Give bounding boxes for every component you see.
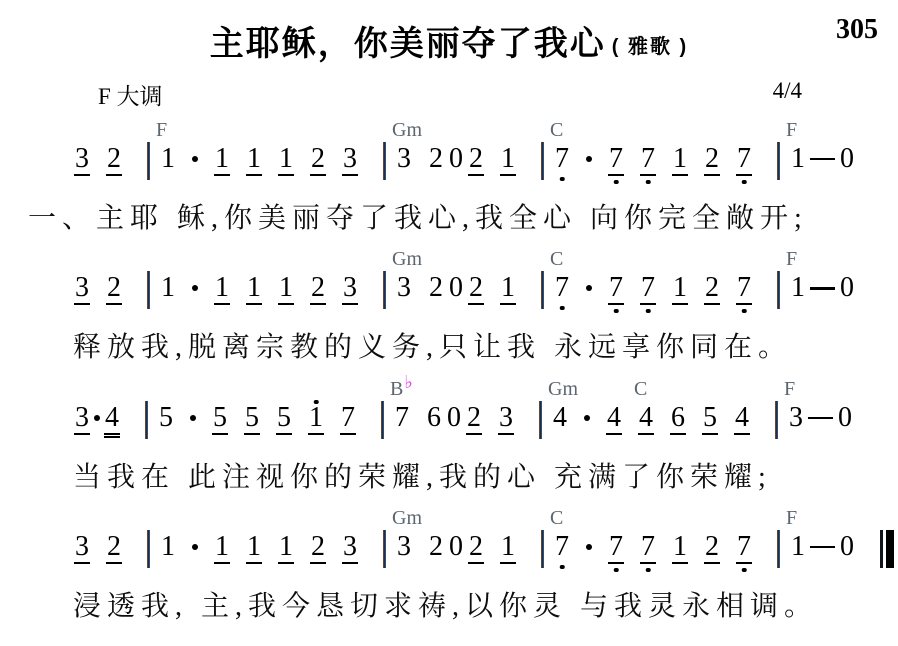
barline [147, 530, 150, 568]
note-digit: 2 [106, 532, 122, 564]
dash-note [810, 273, 835, 303]
dot-glyph [192, 544, 198, 550]
note-digit: 7 [640, 273, 656, 305]
hymn-sheet-page: 主耶稣，你美丽夺了我心( 雅歌 ) 305 F 大调 4/4 32F111123… [0, 0, 898, 646]
dot-glyph [584, 415, 590, 421]
note: 6 [670, 403, 686, 433]
note-digit: 1 [160, 273, 176, 303]
barline [145, 401, 148, 439]
barline [777, 142, 780, 180]
note: 5 [276, 403, 292, 433]
key-signature: F 大调 [98, 84, 163, 109]
note-digit: 2 [468, 532, 484, 564]
note-digit: 2 [310, 273, 326, 305]
chord-label: Gm [392, 120, 422, 140]
note: 2 [106, 532, 122, 562]
low-octave-dot [560, 306, 565, 311]
barline [539, 401, 542, 439]
barline [541, 271, 544, 309]
note: 1 [214, 532, 230, 562]
rest-note: 0 [446, 403, 462, 433]
rest-note: 0 [837, 403, 853, 433]
rest-note: 0 [448, 532, 464, 562]
note: C4 [638, 403, 654, 433]
note-digit: 3 [74, 532, 90, 564]
note: 2 [106, 273, 122, 303]
barline [383, 530, 386, 568]
note-digit: 2 [428, 273, 444, 303]
note-digit: 0 [839, 144, 855, 174]
note-digit: 1 [672, 144, 688, 176]
note-digit: 7 [608, 532, 624, 564]
note: F3 [788, 403, 804, 433]
note-digit: 2 [468, 273, 484, 305]
note-digit: 4 [638, 403, 654, 435]
note: 7 [736, 273, 752, 303]
note-digit: 3 [74, 403, 90, 435]
note: 2 [428, 273, 444, 303]
note-digit: 5 [212, 403, 228, 435]
barline [147, 142, 150, 180]
low-octave-dot [742, 568, 747, 573]
note: 4 [606, 403, 622, 433]
barline [777, 530, 780, 568]
note: Gm3 [396, 273, 412, 303]
note-digit: 7 [554, 273, 570, 303]
augmentation-dot [192, 144, 198, 174]
dot-glyph [190, 415, 196, 421]
dash-glyph [810, 546, 835, 549]
note-digit: 1 [790, 273, 806, 303]
note-digit: 1 [790, 144, 806, 174]
dot-glyph [94, 415, 100, 421]
note-digit: 5 [276, 403, 292, 435]
note: 2 [468, 273, 484, 303]
note: F1 [790, 532, 806, 562]
note: 7 [608, 144, 624, 174]
chord-label: C [550, 249, 563, 269]
note: 1 [672, 273, 688, 303]
note-digit: 0 [448, 532, 464, 562]
low-octave-dot [646, 309, 651, 314]
note-digit: 1 [500, 144, 516, 176]
note-digit: 6 [670, 403, 686, 435]
rest-note: 0 [839, 273, 855, 303]
note: B♭7 [394, 403, 410, 433]
note-digit: 7 [554, 144, 570, 174]
notation-line-1: 32F111123Gm32021C777127F10 [74, 120, 898, 188]
lyrics-line-1: 一、主耶 稣,你美丽夺了我心,我全心 向你完全敞开; [28, 201, 898, 237]
note-digit: 5 [702, 403, 718, 435]
note-digit: 2 [106, 273, 122, 305]
note-digit: 3 [342, 273, 358, 305]
note-digit: 5 [158, 403, 174, 433]
note-digit: 1 [246, 273, 262, 305]
chord-label: Gm [392, 508, 422, 528]
note: 3 [342, 273, 358, 303]
note: 5 [244, 403, 260, 433]
note: 5 [702, 403, 718, 433]
note: 2 [428, 144, 444, 174]
dash-glyph [810, 287, 835, 290]
note: 2 [310, 273, 326, 303]
low-octave-dot [560, 177, 565, 182]
note: 2 [704, 273, 720, 303]
note: 2 [428, 532, 444, 562]
dash-note [810, 144, 835, 174]
chord-label: F [786, 120, 797, 140]
note-digit: 4 [552, 403, 568, 433]
note: 1 [246, 532, 262, 562]
hymn-subtitle: ( 雅歌 ) [612, 30, 688, 59]
note-digit: 7 [608, 144, 624, 176]
notation-line-3: 34555517B♭76023Gm44C4654F30 [74, 379, 898, 447]
dot-glyph [192, 285, 198, 291]
note-digit: 2 [310, 532, 326, 564]
note: Gm4 [552, 403, 568, 433]
note: 3 [74, 144, 90, 174]
augmentation-dot [584, 403, 590, 433]
note: 1 [500, 144, 516, 174]
low-octave-dot [614, 309, 619, 314]
note: 1 [214, 144, 230, 174]
note-digit: 2 [468, 144, 484, 176]
note: 1 [214, 273, 230, 303]
dash-glyph [808, 417, 833, 420]
barline [775, 401, 778, 439]
note-digit: 3 [342, 532, 358, 564]
augmentation-dot [94, 403, 100, 433]
note: 5 [212, 403, 228, 433]
note: 7 [340, 403, 356, 433]
note: 5 [158, 403, 174, 433]
note-digit: 1 [214, 273, 230, 305]
note: 1 [500, 273, 516, 303]
note-digit: 3 [396, 273, 412, 303]
augmentation-dot [190, 403, 196, 433]
rest-note: 0 [448, 144, 464, 174]
note-digit: 1 [278, 273, 294, 305]
note: 7 [608, 273, 624, 303]
note: 2 [468, 532, 484, 562]
note-digit: 1 [246, 144, 262, 176]
notation-line-2: 32111123Gm32021C777127F10 [74, 249, 898, 317]
note: 4 [734, 403, 750, 433]
low-octave-dot [560, 565, 565, 570]
note-digit: 0 [448, 273, 464, 303]
note: 3 [342, 532, 358, 562]
low-octave-dot [646, 180, 651, 185]
note-digit: 0 [446, 403, 462, 433]
note-digit: 7 [608, 273, 624, 305]
note: Gm3 [396, 532, 412, 562]
note: 2 [310, 144, 326, 174]
note-digit: 1 [246, 532, 262, 564]
note: F1 [790, 144, 806, 174]
chord-label: Gm [548, 379, 578, 399]
low-octave-dot [742, 309, 747, 314]
note-digit: 7 [554, 532, 570, 562]
note-digit: 1 [500, 273, 516, 305]
note: C7 [554, 532, 570, 562]
note: 4 [104, 403, 120, 433]
note: F1 [790, 273, 806, 303]
barline [541, 142, 544, 180]
rest-note: 0 [448, 273, 464, 303]
note-digit: 7 [640, 144, 656, 176]
header: 主耶稣，你美丽夺了我心( 雅歌 ) 305 [0, 16, 898, 66]
note-digit: 3 [396, 144, 412, 174]
note-digit: 6 [426, 403, 442, 433]
rest-note: 0 [839, 532, 855, 562]
note-digit: 2 [704, 532, 720, 564]
final-barline-thin [880, 530, 883, 568]
note-digit: 1 [160, 144, 176, 174]
note-digit: 1 [278, 144, 294, 176]
note: 1 [500, 532, 516, 562]
note-digit: 0 [839, 532, 855, 562]
note: C7 [554, 273, 570, 303]
note-digit: 2 [106, 144, 122, 176]
dot-glyph [586, 156, 592, 162]
flat-icon: ♭ [404, 372, 413, 392]
low-octave-dot [614, 180, 619, 185]
note: C7 [554, 144, 570, 174]
note-digit: 1 [790, 532, 806, 562]
note: 7 [736, 144, 752, 174]
dot-glyph [192, 156, 198, 162]
note: 6 [426, 403, 442, 433]
note: 3 [74, 273, 90, 303]
note-digit: 3 [74, 144, 90, 176]
lyrics-line-4: 浸透我, 主,我今恳切求祷,以你灵 与我灵永相调。 [73, 589, 898, 625]
note-digit: 2 [310, 144, 326, 176]
augmentation-dot [192, 273, 198, 303]
note-digit: 3 [74, 273, 90, 305]
note-digit: 2 [428, 144, 444, 174]
note: 7 [736, 532, 752, 562]
low-octave-dot [614, 568, 619, 573]
augmentation-dot [586, 532, 592, 562]
note-digit: 7 [736, 273, 752, 305]
note: 1 [246, 144, 262, 174]
note-digit: 3 [342, 144, 358, 176]
note-digit: 1 [308, 403, 324, 435]
note-digit: 0 [837, 403, 853, 433]
note-digit: 1 [672, 273, 688, 305]
hymn-number: 305 [836, 14, 878, 46]
dash-glyph [810, 158, 835, 161]
note: 7 [640, 273, 656, 303]
note-digit: 3 [396, 532, 412, 562]
barline [541, 530, 544, 568]
note: 7 [608, 532, 624, 562]
augmentation-dot [586, 144, 592, 174]
meta-row: F 大调 4/4 [0, 78, 898, 108]
lyrics-line-3: 当我在 此注视你的荣耀,我的心 充满了你荣耀; [73, 460, 898, 496]
note: 7 [640, 532, 656, 562]
note-digit: 2 [704, 273, 720, 305]
note: 3 [498, 403, 514, 433]
note-digit: 7 [736, 532, 752, 564]
high-octave-dot [314, 400, 319, 405]
note-digit: 7 [640, 532, 656, 564]
note-digit: 0 [448, 144, 464, 174]
note: 1 [278, 532, 294, 562]
note: 1 [672, 532, 688, 562]
note-digit: 7 [394, 403, 410, 433]
note: F1 [160, 144, 176, 174]
notation-line-4: 32111123Gm32021C777127F10 [74, 508, 898, 576]
chord-label: C [634, 379, 647, 399]
final-barline-thick [886, 530, 894, 568]
note: 3 [74, 403, 90, 433]
note-digit: 1 [214, 144, 230, 176]
note: 1 [246, 273, 262, 303]
rest-note: 0 [839, 144, 855, 174]
note-digit: 4 [606, 403, 622, 435]
time-signature: 4/4 [773, 78, 802, 104]
augmentation-dot [192, 532, 198, 562]
note: 7 [640, 144, 656, 174]
note-digit: 1 [278, 532, 294, 564]
note-digit: 1 [160, 532, 176, 562]
note: 3 [74, 532, 90, 562]
note: 2 [704, 144, 720, 174]
chord-label: B♭ [390, 379, 413, 399]
note: 2 [704, 532, 720, 562]
chord-label: F [156, 120, 167, 140]
note: 1 [160, 532, 176, 562]
note-digit: 2 [466, 403, 482, 435]
note: 1 [308, 403, 324, 433]
barline [383, 142, 386, 180]
note: 1 [160, 273, 176, 303]
chord-label: C [550, 508, 563, 528]
note: Gm3 [396, 144, 412, 174]
chord-label: F [786, 249, 797, 269]
note-digit: 0 [839, 273, 855, 303]
hymn-title: 主耶稣，你美丽夺了我心 [210, 16, 606, 65]
note-digit: 5 [244, 403, 260, 435]
note: 1 [672, 144, 688, 174]
barline [381, 401, 384, 439]
note-digit: 7 [340, 403, 356, 435]
dash-note [810, 532, 835, 562]
barline [147, 271, 150, 309]
barline [383, 271, 386, 309]
note: 2 [106, 144, 122, 174]
note-digit: 3 [498, 403, 514, 435]
low-octave-dot [742, 180, 747, 185]
note-digit: 1 [214, 532, 230, 564]
note: 1 [278, 273, 294, 303]
note-digit: 7 [736, 144, 752, 176]
note: 2 [466, 403, 482, 433]
note: 1 [278, 144, 294, 174]
chord-label: C [550, 120, 563, 140]
note: 2 [468, 144, 484, 174]
low-octave-dot [646, 568, 651, 573]
dot-glyph [586, 285, 592, 291]
note-digit: 4 [734, 403, 750, 435]
dot-glyph [586, 544, 592, 550]
note-digit: 4 [104, 403, 120, 435]
chord-label: F [786, 508, 797, 528]
chord-label: Gm [392, 249, 422, 269]
note-digit: 1 [672, 532, 688, 564]
note-digit: 1 [500, 532, 516, 564]
note-digit: 3 [788, 403, 804, 433]
note: 3 [342, 144, 358, 174]
lyrics-line-2: 释放我,脱离宗教的义务,只让我 永远享你同在。 [73, 330, 898, 366]
dash-note [808, 403, 833, 433]
barline [777, 271, 780, 309]
note-digit: 2 [428, 532, 444, 562]
augmentation-dot [586, 273, 592, 303]
chord-label: F [784, 379, 795, 399]
note: 2 [310, 532, 326, 562]
note-digit: 2 [704, 144, 720, 176]
final-barline [880, 530, 894, 568]
